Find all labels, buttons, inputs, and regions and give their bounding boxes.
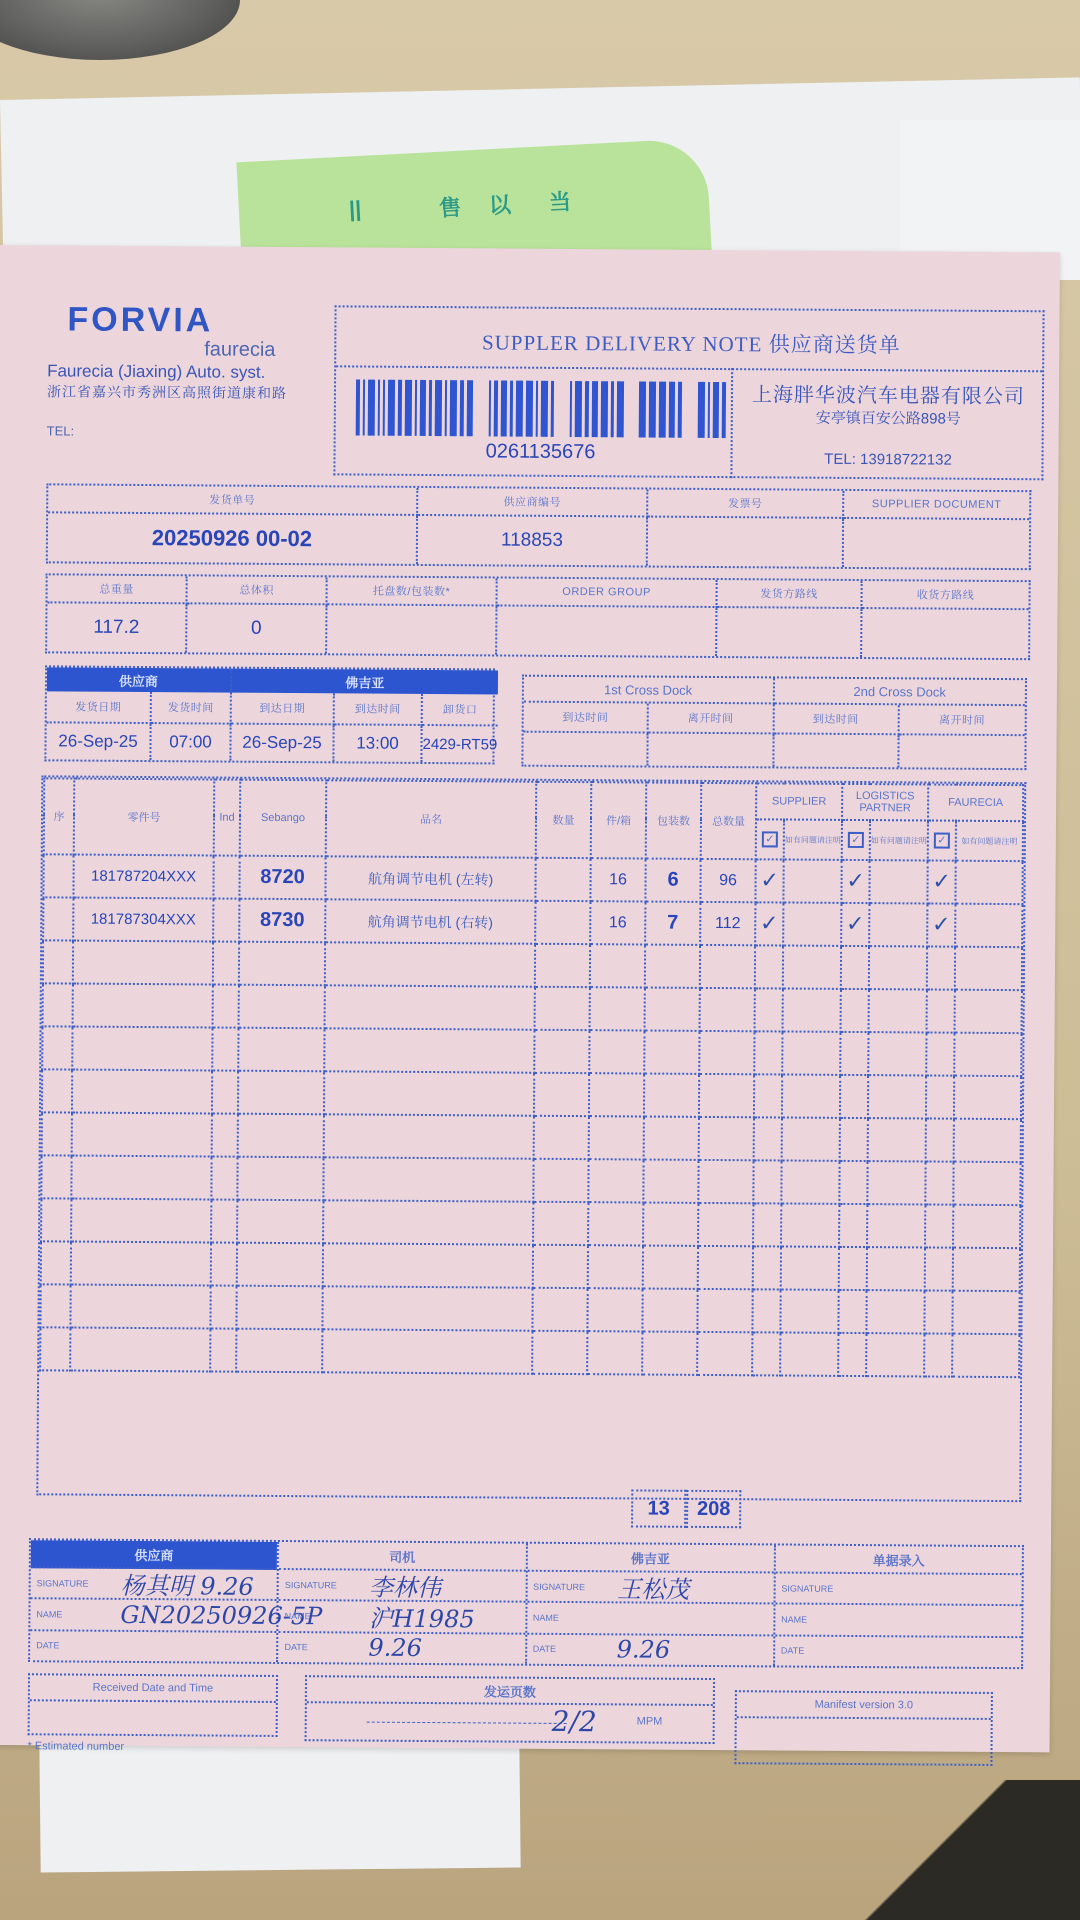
label-cd1-departure: 离开时间 — [649, 704, 774, 735]
label-ship-time: 发货时间 — [152, 692, 232, 725]
cell-ind — [210, 1328, 236, 1371]
cell-total — [698, 1203, 753, 1246]
pages-value: 2/2 — [552, 1705, 597, 1738]
cell-no — [40, 1327, 70, 1370]
manifest-box: Manifest version 3.0 — [734, 1690, 993, 1766]
invoice-number — [648, 518, 844, 567]
items-header-row: 序 零件号 Ind Sebango 品名 数量 件/箱 包装数 总数量 SUPP… — [44, 778, 1023, 821]
cell-part: 181787204XXX — [73, 855, 213, 899]
cell-name — [324, 1071, 534, 1115]
cell-no — [42, 1026, 72, 1069]
check-mark-icon: ✓ — [846, 869, 865, 894]
cell-remark — [955, 861, 1022, 904]
cell-total: 96 — [700, 859, 755, 902]
cell-faurecia-ok — [925, 1247, 953, 1290]
cell-logistics-ok — [839, 1204, 867, 1247]
cell-remark — [954, 1033, 1021, 1076]
dock: 2429-RT59 — [422, 726, 497, 763]
cell-ind — [211, 1242, 237, 1285]
cell-no — [43, 854, 73, 897]
cell-qty — [534, 1030, 589, 1073]
divider — [336, 365, 1042, 372]
cell-boxes: 6 — [645, 859, 700, 902]
cell-per-box — [587, 1331, 642, 1374]
cell-faurecia-ok — [924, 1333, 952, 1376]
cell-faurecia-ok — [927, 989, 955, 1032]
cell-no — [41, 1155, 71, 1198]
col-ind: Ind — [214, 780, 241, 856]
cell-qty — [534, 1073, 589, 1116]
cell-remark — [783, 988, 841, 1031]
cell-remark — [955, 947, 1022, 990]
shipment-metrics-row: 总重量 总体积 托盘数/包装数* ORDER GROUP 发货方路线 收货方路线… — [45, 573, 1031, 660]
sender-route — [717, 608, 862, 657]
handwritten-signature: 李林伟 — [369, 1568, 441, 1604]
cell-remark — [866, 1333, 924, 1376]
customer-tel: TEL: — [47, 423, 75, 438]
cell-name: 航角调节电机 (右转) — [325, 899, 535, 943]
cell-part — [72, 1113, 212, 1157]
cell-remark — [866, 1290, 924, 1333]
cell-remark — [780, 1289, 838, 1332]
signature-line-signature[interactable]: SIGNATURE杨其明 9.26 — [31, 1568, 277, 1601]
signature-line-name[interactable]: NAME — [775, 1605, 1021, 1638]
document-title: SUPPLER DELIVERY NOTE 供应商送货单 — [346, 325, 1036, 360]
note-faurecia: 如有问题请注明 — [956, 821, 1023, 861]
checkbox-icon: ✓ — [848, 832, 864, 848]
cell-remark — [952, 1334, 1019, 1377]
supplier-address: 安亭镇百安公路898号 — [736, 406, 1041, 429]
cell-remark — [869, 903, 927, 946]
total-weight: 117.2 — [47, 603, 187, 652]
ship-date: 26-Sep-25 — [46, 723, 151, 760]
signature-line-signature[interactable]: SIGNATURE — [775, 1573, 1021, 1606]
cell-qty — [535, 858, 590, 901]
cell-part — [71, 1199, 211, 1243]
cell-boxes — [644, 1031, 699, 1074]
cell-sebango — [236, 1329, 322, 1373]
cell-part — [72, 1027, 212, 1071]
handwritten-date: 9.26 — [617, 1636, 671, 1664]
cell-faurecia-ok — [924, 1290, 952, 1333]
cell-remark — [868, 1118, 926, 1161]
cell-supplier-ok: ✓ — [755, 902, 783, 945]
cell-name — [325, 985, 535, 1029]
col-total: 总数量 — [701, 783, 757, 859]
cell-per-box: 16 — [590, 858, 645, 901]
delivery-number: 20250926 00-02 — [48, 513, 418, 564]
table-row — [42, 1069, 1021, 1119]
cell-remark — [781, 1160, 839, 1203]
cell-per-box — [590, 944, 645, 987]
cell-boxes — [645, 988, 700, 1031]
cell-part: 181787304XXX — [73, 898, 213, 942]
cell-per-box — [589, 1030, 644, 1073]
arrival-date: 26-Sep-25 — [231, 725, 334, 762]
handwritten-signature: 王松茂 — [617, 1569, 689, 1605]
cell-no — [42, 1069, 72, 1112]
cell-name — [323, 1200, 533, 1244]
faurecia-logo: faurecia — [204, 338, 275, 361]
cell-remark — [869, 860, 927, 903]
mpm-label: MPM — [637, 1715, 663, 1727]
desk-shadow — [860, 1780, 1080, 1920]
cell-supplier-ok — [754, 1074, 782, 1117]
cell-total — [698, 1246, 753, 1289]
cell-remark — [954, 1119, 1021, 1162]
label-sender-route: 发货方路线 — [717, 580, 862, 609]
cell-ind — [213, 985, 239, 1028]
cell-logistics-ok — [838, 1333, 866, 1376]
cell-part — [70, 1285, 210, 1329]
cell-no — [43, 940, 73, 983]
cell-ind — [210, 1285, 236, 1328]
divider — [730, 368, 733, 478]
signature-column: 供应商SIGNATURE杨其明 9.26NAMEGN20250926-5PDAT… — [30, 1540, 279, 1662]
cell-ind — [211, 1199, 237, 1242]
signature-line-date[interactable]: DATE9.26 — [527, 1634, 773, 1665]
cell-part — [72, 1070, 212, 1114]
cell-remark — [869, 989, 927, 1032]
delivery-note: FORVIA faurecia Faurecia (Jiaxing) Auto.… — [0, 245, 1060, 1752]
cell-per-box — [589, 1116, 644, 1159]
received-label: Received Date and Time — [30, 1675, 276, 1703]
cell-remark — [954, 1076, 1021, 1119]
cell-ind — [213, 942, 239, 985]
label-pallets: 托盘数/包装数* — [327, 577, 497, 606]
check-mark-icon: ✓ — [760, 868, 779, 893]
signature-column-title: 单据录入 — [775, 1545, 1021, 1575]
col-group-supplier: SUPPLIER — [756, 783, 842, 820]
cell-remark — [783, 945, 841, 988]
cell-faurecia-ok — [926, 1075, 954, 1118]
cell-remark — [782, 1117, 840, 1160]
cell-total — [700, 988, 755, 1031]
cell-logistics-ok — [841, 989, 869, 1032]
cell-per-box — [590, 987, 645, 1030]
signature-line-name[interactable]: NAME — [527, 1603, 773, 1636]
note-logistics: 如有问题请注明 — [870, 820, 928, 860]
label-order-group: ORDER GROUP — [497, 578, 717, 608]
customer-address: 浙江省嘉兴市秀洲区高照街道康和路 — [47, 381, 287, 403]
signature-line-date[interactable]: DATE — [30, 1631, 276, 1662]
cell-total: 112 — [700, 902, 755, 945]
col-name: 品名 — [326, 780, 537, 857]
cell-part — [71, 1156, 211, 1200]
cell-total — [700, 945, 755, 988]
line-label: NAME — [781, 1614, 807, 1624]
cd2-arrival — [774, 734, 899, 767]
cell-total — [699, 1031, 754, 1074]
cell-faurecia-ok: ✓ — [927, 903, 955, 946]
cell-sebango — [239, 985, 325, 1029]
pallets — [327, 605, 497, 654]
manifest-label: Manifest version 3.0 — [737, 1692, 991, 1720]
cell-ind — [211, 1156, 237, 1199]
supplier-tel: TEL: 13918722132 — [735, 450, 1040, 469]
cell-boxes — [643, 1160, 698, 1203]
cell-name — [325, 942, 535, 986]
table-row — [40, 1284, 1019, 1334]
cell-remark — [783, 902, 841, 945]
shipping-schedule: 供应商 佛吉亚 发货日期 发货时间 到达日期 到达时间 卸货口 26-Sep-2… — [44, 665, 495, 764]
cell-remark — [953, 1205, 1020, 1248]
cd2-departure — [899, 735, 1024, 768]
cd1-arrival — [523, 733, 648, 766]
line-label: NAME — [36, 1609, 62, 1619]
table-row — [41, 1198, 1020, 1248]
cell-qty — [534, 1116, 589, 1159]
table-row — [43, 983, 1022, 1033]
signature-line-date[interactable]: DATE — [775, 1636, 1021, 1667]
cell-qty — [535, 987, 590, 1030]
col-no: 序 — [44, 778, 75, 854]
cell-name — [324, 1028, 534, 1072]
cell-ind — [212, 1114, 238, 1157]
pages-label: 发运页数 — [307, 1677, 713, 1706]
arrival-time: 13:00 — [334, 725, 422, 762]
label-ship-date: 发货日期 — [47, 691, 152, 724]
cell-sebango — [238, 1071, 324, 1115]
cell-supplier-ok: ✓ — [755, 859, 783, 902]
signature-line-name[interactable]: NAMEGN20250926-5P — [30, 1600, 276, 1633]
cell-logistics-ok — [839, 1161, 867, 1204]
supplier-document — [844, 519, 1029, 568]
cell-name — [322, 1329, 532, 1373]
cell-supplier-ok — [754, 1031, 782, 1074]
cell-faurecia-ok — [926, 1032, 954, 1075]
cell-ind — [212, 1028, 238, 1071]
background-paper-bottom — [39, 1737, 520, 1872]
cell-remark — [953, 1162, 1020, 1205]
cell-remark — [781, 1246, 839, 1289]
cell-faurecia-ok — [927, 946, 955, 989]
cell-qty — [535, 944, 590, 987]
cell-remark — [955, 990, 1022, 1033]
line-label: DATE — [36, 1641, 59, 1651]
cell-per-box — [588, 1159, 643, 1202]
cell-name — [322, 1286, 532, 1330]
cell-remark — [868, 1032, 926, 1075]
cell-no — [43, 897, 73, 940]
totals-row: 13 208 — [631, 1489, 741, 1528]
cell-sebango — [237, 1243, 323, 1287]
cell-sebango: 8730 — [239, 899, 325, 943]
items-table: 序 零件号 Ind Sebango 品名 数量 件/箱 包装数 总数量 SUPP… — [36, 775, 1026, 1502]
cell-qty — [535, 901, 590, 944]
line-label: SIGNATURE — [781, 1583, 833, 1593]
cell-total — [697, 1332, 752, 1375]
cell-total — [699, 1117, 754, 1160]
cell-sebango — [236, 1286, 322, 1330]
cell-name — [324, 1114, 534, 1158]
ship-time: 07:00 — [151, 724, 231, 761]
cell-supplier-ok — [755, 945, 783, 988]
cell-boxes — [643, 1203, 698, 1246]
table-row — [41, 1241, 1020, 1291]
checkbox-icon: ✓ — [762, 831, 778, 847]
table-row — [43, 940, 1022, 990]
document-info-row: 发货单号 供应商编号 发票号 SUPPLIER DOCUMENT 2025092… — [46, 483, 1032, 570]
barcode-number: 0261135676 — [415, 440, 665, 465]
table-row: 181787204XXX8720航角调节电机 (左转)16696✓✓✓ — [43, 854, 1022, 904]
first-cross-dock: 1st Cross Dock — [524, 677, 775, 705]
cell-logistics-ok — [838, 1290, 866, 1333]
cell-name: 航角调节电机 (左转) — [325, 856, 535, 900]
cell-remark — [869, 946, 927, 989]
cell-ind — [213, 856, 239, 899]
handwritten-name: 沪H1985 — [369, 1599, 475, 1635]
coffee-mug — [0, 0, 240, 60]
line-label: DATE — [781, 1646, 804, 1656]
cell-sebango — [238, 1028, 324, 1072]
signature-line-signature[interactable]: SIGNATURE李林伟 — [279, 1570, 525, 1603]
cell-remark — [955, 904, 1022, 947]
cell-no — [41, 1241, 71, 1284]
cell-sebango — [237, 1157, 323, 1201]
col-per-box: 件/箱 — [591, 782, 647, 858]
label-total-volume: 总体积 — [187, 576, 327, 605]
table-row: 181787304XXX8730航角调节电机 (右转)167112✓✓✓ — [43, 897, 1022, 947]
label-arrival-date: 到达日期 — [232, 693, 335, 726]
cell-part — [73, 984, 213, 1028]
second-cross-dock: 2nd Cross Dock — [774, 678, 1025, 706]
cell-logistics-ok: ✓ — [841, 903, 869, 946]
forvia-logo: FORVIA — [67, 300, 213, 340]
cell-part — [73, 941, 213, 985]
cell-total — [698, 1160, 753, 1203]
signature-column: 司机SIGNATURE李林伟NAME沪H1985DATE9.26 — [278, 1542, 527, 1664]
total-boxes: 13 — [631, 1489, 686, 1527]
cell-supplier-ok — [754, 1117, 782, 1160]
cell-boxes — [645, 945, 700, 988]
cell-logistics-ok — [840, 1075, 868, 1118]
label-supplier-no: 供应商编号 — [418, 488, 648, 518]
cell-remark — [781, 1203, 839, 1246]
cell-per-box — [588, 1202, 643, 1245]
cell-supplier-ok — [755, 988, 783, 1031]
table-row — [40, 1327, 1019, 1377]
cell-boxes — [642, 1332, 697, 1375]
receiver-band: 佛吉亚 — [232, 669, 498, 695]
cell-name — [323, 1157, 533, 1201]
checkbox-icon: ✓ — [934, 833, 950, 849]
cell-sebango — [238, 1114, 324, 1158]
signature-line-signature[interactable]: SIGNATURE王松茂 — [527, 1572, 773, 1605]
label-invoice-no: 发票号 — [648, 490, 844, 519]
handwritten-date: 9.26 — [368, 1634, 422, 1662]
label-dock: 卸货口 — [423, 694, 498, 727]
cross-dock-table: 1st Cross Dock 2nd Cross Dock 到达时间 离开时间 … — [521, 675, 1027, 771]
cell-logistics-ok — [840, 1032, 868, 1075]
cell-faurecia-ok — [925, 1161, 953, 1204]
cell-remark — [780, 1332, 838, 1375]
cell-qty — [532, 1331, 587, 1374]
check-mark-icon: ✓ — [760, 911, 779, 936]
cell-boxes — [644, 1074, 699, 1117]
cell-faurecia-ok: ✓ — [927, 860, 955, 903]
cell-no — [43, 983, 73, 1026]
cell-remark — [868, 1075, 926, 1118]
check-mark-icon: ✓ — [846, 912, 865, 937]
cell-per-box — [588, 1245, 643, 1288]
label-cd1-arrival: 到达时间 — [524, 703, 649, 734]
cell-logistics-ok — [839, 1247, 867, 1290]
signature-section: 供应商SIGNATURE杨其明 9.26NAMEGN20250926-5PDAT… — [28, 1538, 1024, 1669]
label-delivery-no: 发货单号 — [48, 485, 418, 516]
cell-boxes — [643, 1246, 698, 1289]
col-sebango: Sebango — [240, 780, 327, 857]
cell-logistics-ok — [841, 946, 869, 989]
table-row — [41, 1155, 1020, 1205]
line-label: NAME — [285, 1611, 311, 1621]
cell-name — [323, 1243, 533, 1287]
note-supplier: 如有问题请注明 — [784, 819, 842, 859]
cell-sebango: 8720 — [239, 856, 325, 900]
delivery-number-value: 20250926 00-02 — [152, 525, 312, 552]
cell-boxes — [644, 1117, 699, 1160]
line-label: SIGNATURE — [533, 1581, 585, 1591]
signature-line-name[interactable]: NAME沪H1985 — [279, 1601, 525, 1634]
order-group — [497, 606, 717, 656]
supplier-band: 供应商 — [47, 667, 232, 692]
cell-supplier-ok — [753, 1160, 781, 1203]
cell-qty — [532, 1288, 587, 1331]
cell-sebango — [237, 1200, 323, 1244]
cell-remark — [952, 1291, 1019, 1334]
supplier-number: 118853 — [418, 516, 648, 566]
cell-no — [42, 1112, 72, 1155]
cell-ind — [213, 899, 239, 942]
label-cd2-arrival: 到达时间 — [774, 704, 899, 735]
cell-faurecia-ok — [925, 1204, 953, 1247]
line-label: SIGNATURE — [285, 1580, 337, 1590]
cell-per-box: 16 — [590, 901, 645, 944]
cell-qty — [533, 1159, 588, 1202]
label-arrival-time: 到达时间 — [335, 693, 423, 726]
cell-per-box — [589, 1073, 644, 1116]
cell-part — [71, 1242, 211, 1286]
table-row — [42, 1026, 1021, 1076]
table-row — [42, 1112, 1021, 1162]
signature-line-date[interactable]: DATE9.26 — [278, 1633, 524, 1664]
total-volume: 0 — [187, 604, 327, 653]
cell-ind — [212, 1071, 238, 1114]
cell-no — [40, 1284, 70, 1327]
pages-box: 发运页数 2/2 MPM — [305, 1675, 715, 1744]
cell-part — [70, 1328, 210, 1372]
barcode — [356, 379, 726, 438]
cell-remark — [782, 1031, 840, 1074]
line-label: DATE — [284, 1642, 307, 1652]
check-mark-icon: ✓ — [932, 913, 951, 938]
cell-total — [699, 1074, 754, 1117]
label-total-weight: 总重量 — [47, 575, 187, 604]
signature-column: 佛吉亚SIGNATURE王松茂NAMEDATE9.26 — [527, 1544, 776, 1666]
label-cd2-departure: 离开时间 — [899, 705, 1024, 736]
cell-qty — [533, 1245, 588, 1288]
cell-boxes — [642, 1289, 697, 1332]
col-qty: 数量 — [536, 782, 592, 858]
cell-remark — [867, 1204, 925, 1247]
cell-supplier-ok — [753, 1203, 781, 1246]
line-label: NAME — [533, 1613, 559, 1623]
label-supplier-document: SUPPLIER DOCUMENT — [844, 491, 1029, 520]
cell-per-box — [587, 1288, 642, 1331]
col-group-logistics: LOGISTICS PARTNER — [842, 784, 928, 821]
cell-supplier-ok — [752, 1332, 780, 1375]
col-group-faurecia: FAURECIA — [928, 784, 1023, 821]
